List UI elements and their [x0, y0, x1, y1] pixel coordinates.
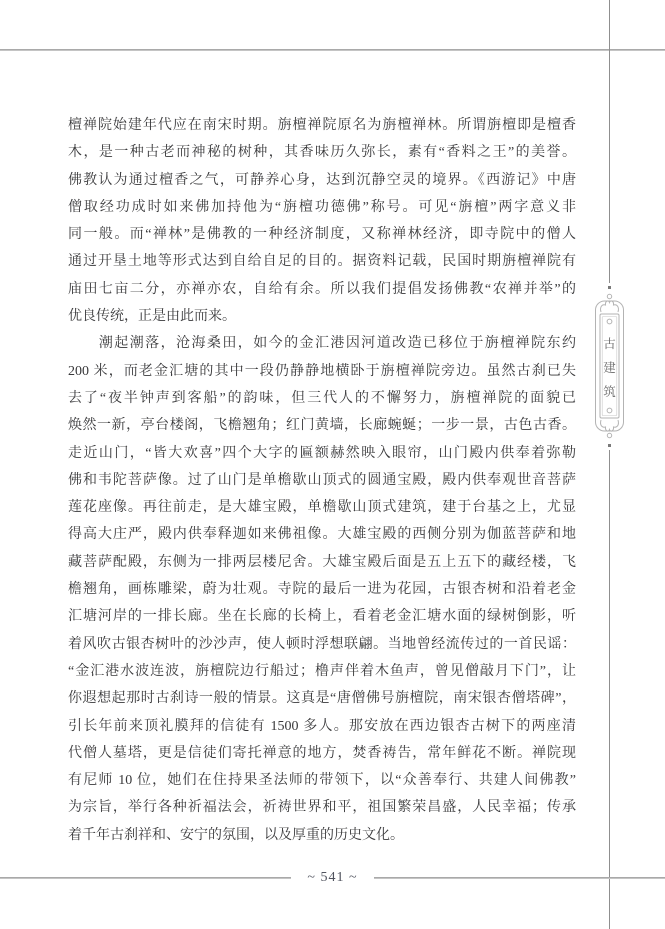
scroll-ornament-top-icon — [601, 301, 619, 312]
tab-knob-bottom-icon — [607, 433, 611, 437]
text-line: 为宗旨，举行各种祈福法会，祈祷世界和平，祖国繁荣昌盛，人民幸福；传承 — [68, 794, 576, 821]
text-line: 有尼师 10 位，她们在住持果圣法师的带领下，以“众善奉行、共建人间佛教” — [68, 767, 576, 794]
text-line: 同一般。而“禅林”是佛教的一种经济制度，又称禅林经济，即寺院中的僧人 — [68, 221, 576, 248]
text-line: 焕然一新，亭台楼阁，飞檐翘角；红门黄墙，长廊蜿蜒；一步一景，古色古香。 — [68, 412, 576, 439]
tab-knob-top-icon — [607, 294, 611, 298]
text-line: 得高大庄严，殿内供奉释迦如来佛祖像。大雄宝殿的西侧分别为伽蓝菩萨和地 — [68, 521, 576, 548]
text-line: 莲花座像。再往前走，是大雄宝殿，单檐歇山顶式建筑，建于台基之上，尤显 — [68, 494, 576, 521]
side-rail-dot-bottom — [608, 444, 611, 447]
chapter-tab-char: 筑 — [603, 385, 616, 399]
text-line: 木，是一种古老而神秘的树种，其香味历久弥长，素有“香料之王”的美誉。 — [68, 139, 576, 166]
page-footer: ~ 541 ~ — [0, 867, 665, 889]
text-line: “金汇港水波连波，旃檀院边行船过；橹声伴着木鱼声，曾见僧敲月下门”，让 — [68, 658, 576, 685]
text-line: 着风吹古银杏树叶的沙沙声，使人顿时浮想联翩。当地曾经流传过的一首民谣： — [68, 631, 576, 658]
side-rail-line-lower — [609, 450, 610, 929]
side-rail-line-upper — [609, 0, 610, 283]
text-line: 僧取经功成时如来佛加持他为“旃檀功德佛”称号。可见“旃檀”两字意义非 — [68, 194, 576, 221]
top-border-rule — [0, 49, 665, 51]
text-line: 走近山门，“皆大欢喜”四个大字的匾额赫然映入眼帘，山门殿内供奉着弥勒 — [68, 440, 576, 467]
side-rail-dot-top — [608, 286, 611, 289]
scroll-ornament-bottom-icon — [601, 420, 619, 431]
text-line: 潮起潮落，沧海桑田，如今的金汇港因河道改造已移位于旃檀禅院东约 — [68, 330, 576, 357]
text-line: 200 米，而老金汇塘的其中一段仍静静地横卧于旃檀禅院旁边。虽然古刹已失 — [68, 358, 576, 385]
text-line: 代僧人墓塔，更是信徒们寄托禅意的地方，焚香祷告，常年鲜花不断。禅院现 — [68, 740, 576, 767]
chapter-tab-char: 古 — [603, 336, 616, 351]
text-line: 佛教认为通过檀香之气，可静养心身，达到沉静空灵的境界。《西游记》中唐 — [68, 167, 576, 194]
chapter-tab-char: 建 — [603, 360, 616, 375]
text-line: 去了“夜半钟声到客船”的韵味，但三代人的不懈努力，旃檀禅院的面貌已 — [68, 385, 576, 412]
article-text: 檀禅院始建年代应在南宋时期。旃檀禅院原名为旃檀禅林。所谓旃檀即是檀香木，是一种古… — [68, 112, 576, 849]
text-line: 优良传统，正是由此而来。 — [68, 303, 576, 330]
text-line: 汇塘河岸的一排长廊。坐在长廊的长椅上，看着老金汇塘水面的绿树倒影，听 — [68, 603, 576, 630]
text-line: 着千年古刹祥和、安宁的氛围，以及厚重的历史文化。 — [68, 822, 576, 849]
text-line: 檐翘角，画栋雕梁，蔚为壮观。寺院的最后一进为花园，古银杏树和沿着老金 — [68, 576, 576, 603]
tab-spiral-bottom-icon — [607, 408, 612, 413]
text-line: 佛和韦陀菩萨像。过了山门是单檐歇山顶式的圆通宝殿，殿内供奉观世音菩萨 — [68, 467, 576, 494]
text-line: 庙田七亩二分，亦禅亦农，自给有余。所以我们提倡发扬佛教“农禅并举”的 — [68, 276, 576, 303]
text-line: 引长年前来顶礼膜拜的信徒有 1500 多人。那安放在西边银杏古树下的两座清 — [68, 713, 576, 740]
text-line: 通过开垦土地等形式达到自给自足的目的。据资料记载，民国时期旃檀禅院有 — [68, 248, 576, 275]
tab-spiral-top-icon — [607, 319, 612, 324]
chapter-tab-ornament: 古 建 筑 — [591, 290, 628, 442]
text-line: 藏菩萨配殿，东侧为一排两层楼尼舍。大雄宝殿后面是五上五下的藏经楼，飞 — [68, 549, 576, 576]
text-line: 檀禅院始建年代应在南宋时期。旃檀禅院原名为旃檀禅林。所谓旃檀即是檀香 — [68, 112, 576, 139]
text-line: 你遐想起那时古刹诗一般的情景。这真是“唐僧佛号旃檀院，南宋银杏僧塔碑”， — [68, 685, 576, 712]
page-number: ~ 541 ~ — [291, 867, 373, 889]
